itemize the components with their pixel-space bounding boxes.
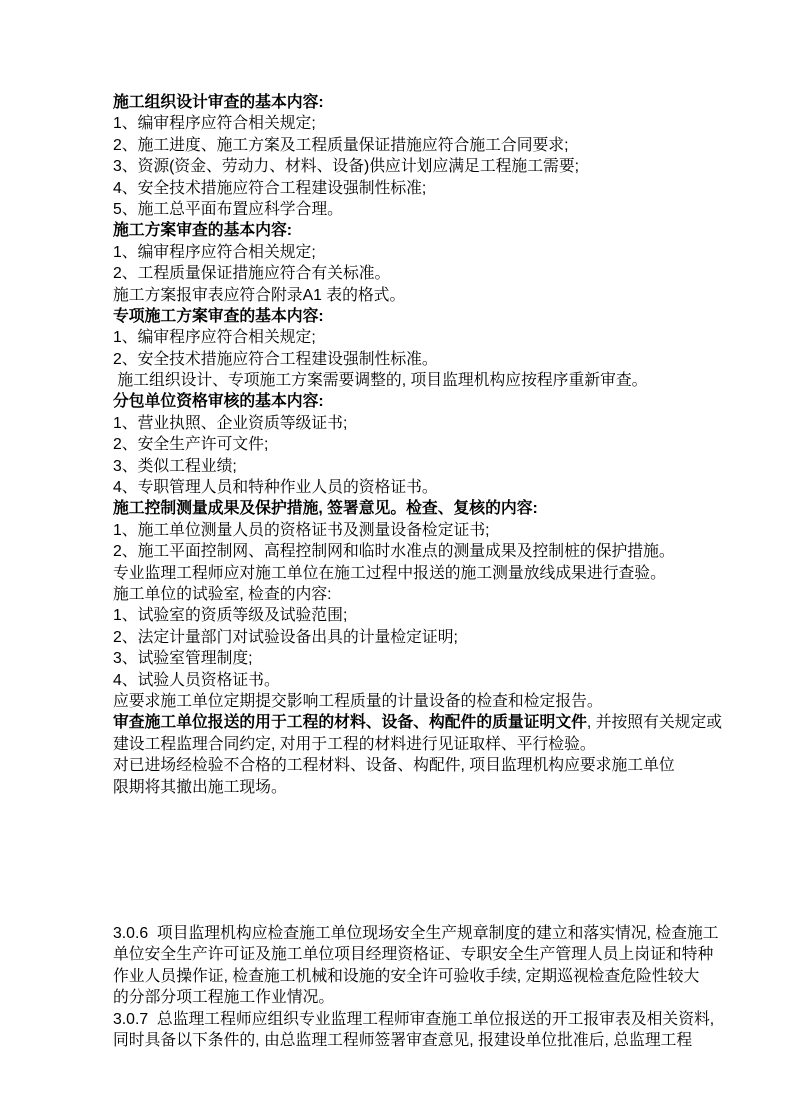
text-segment: 2、工程质量保证措施应符合有关标准。 — [113, 265, 390, 282]
text-line: 2、施工进度、施工方案及工程质量保证措施应符合施工合同要求; — [113, 135, 753, 156]
text-line: 2、安全生产许可文件; — [113, 434, 753, 455]
text-line: 4、安全技术措施应符合工程建设强制性标准; — [113, 178, 753, 199]
text-line: 单位安全生产许可证及施工单位项目经理资格证、专职安全生产管理人员上岗证和特种 — [113, 944, 753, 965]
text-line: 对已进场经检验不合格的工程材料、设备、构配件, 项目监理机构应要求施工单位 — [113, 755, 753, 776]
text-segment: 2、安全技术措施应符合工程建设强制性标准。 — [113, 351, 438, 368]
text-line: 1、编审程序应符合相关规定; — [113, 113, 753, 134]
bold-text-segment: 分包单位资格审核的基本内容: — [113, 393, 324, 410]
text-segment: 建设工程监理合同约定, 对用于工程的材料进行见证取样、平行检验。 — [113, 736, 596, 753]
text-segment: 3、资源(资金、劳动力、材料、设备)供应计划应满足工程施工需要; — [113, 158, 579, 175]
review-requirements-section: 施工组织设计审查的基本内容:1、编审程序应符合相关规定;2、施工进度、施工方案及… — [113, 92, 753, 798]
text-segment: 1、营业执照、企业资质等级证书; — [113, 415, 347, 432]
text-line: 施工组织设计、专项施工方案需要调整的, 项目监理机构应按程序重新审查。 — [113, 370, 753, 391]
text-segment: 的分部分项工程施工作业情况。 — [113, 989, 334, 1006]
text-segment: 1、编审程序应符合相关规定; — [113, 115, 316, 132]
text-segment: 3.0.6 项目监理机构应检查施工单位现场安全生产规章制度的建立和落实情况, 检… — [113, 925, 719, 942]
bold-text-segment: 专项施工方案审查的基本内容: — [113, 308, 324, 325]
text-line: 同时具备以下条件的, 由总监理工程师签署审查意见, 报建设单位批准后, 总监理工… — [113, 1030, 753, 1051]
text-line: 限期将其撤出施工现场。 — [113, 777, 753, 798]
text-segment: 1、编审程序应符合相关规定; — [113, 244, 316, 261]
text-segment: 施工组织设计、专项施工方案需要调整的, 项目监理机构应按程序重新审查。 — [113, 372, 647, 389]
text-segment: 2、安全生产许可文件; — [113, 436, 268, 453]
bold-text-segment: 施工控制测量成果及保护措施, 签署意见。检查、复核的内容: — [113, 500, 538, 517]
text-segment: 1、编审程序应符合相关规定; — [113, 329, 316, 346]
text-line: 2、安全技术措施应符合工程建设强制性标准。 — [113, 349, 753, 370]
bold-text-segment: 施工组织设计审查的基本内容: — [113, 94, 324, 111]
bold-text-segment: 审查施工单位报送的用于工程的材料、设备、构配件的质量证明文件 — [113, 714, 587, 731]
text-line: 2、法定计量部门对试验设备出具的计量检定证明; — [113, 627, 753, 648]
text-segment: 4、专职管理人员和特种作业人员的资格证书。 — [113, 479, 438, 496]
text-line: 专业监理工程师应对施工单位在施工过程中报送的施工测量放线成果进行查验。 — [113, 563, 753, 584]
text-segment: 同时具备以下条件的, 由总监理工程师签署审查意见, 报建设单位批准后, 总监理工… — [113, 1032, 692, 1049]
text-line: 3.0.7 总监理工程师应组织专业监理工程师审查施工单位报送的开工报审表及相关资… — [113, 1009, 753, 1030]
text-line: 作业人员操作证, 检查施工机械和设施的安全许可验收手续, 定期巡视检查危险性较大 — [113, 966, 753, 987]
text-segment: 限期将其撤出施工现场。 — [113, 779, 287, 796]
bold-text-segment: 施工方案审查的基本内容: — [113, 222, 292, 239]
text-line: 2、施工平面控制网、高程控制网和临时水准点的测量成果及控制桩的保护措施。 — [113, 541, 753, 562]
text-line: 3.0.6 项目监理机构应检查施工单位现场安全生产规章制度的建立和落实情况, 检… — [113, 923, 753, 944]
text-line: 审查施工单位报送的用于工程的材料、设备、构配件的质量证明文件, 并按照有关规定或 — [113, 712, 753, 733]
text-segment: 对已进场经检验不合格的工程材料、设备、构配件, 项目监理机构应要求施工单位 — [113, 757, 675, 774]
text-line: 3、试验室管理制度; — [113, 648, 753, 669]
text-line: 1、施工单位测量人员的资格证书及测量设备检定证书; — [113, 520, 753, 541]
text-line: 1、编审程序应符合相关规定; — [113, 242, 753, 263]
text-segment: , 并按照有关规定或 — [587, 714, 722, 731]
text-segment: 专业监理工程师应对施工单位在施工过程中报送的施工测量放线成果进行查验。 — [113, 565, 666, 582]
text-segment: 施工单位的试验室, 检查的内容: — [113, 586, 332, 603]
text-segment: 2、法定计量部门对试验设备出具的计量检定证明; — [113, 629, 458, 646]
text-line: 应要求施工单位定期提交影响工程质量的计量设备的检查和检定报告。 — [113, 691, 753, 712]
text-line: 分包单位资格审核的基本内容: — [113, 391, 753, 412]
text-line: 5、施工总平面布置应科学合理。 — [113, 199, 753, 220]
text-line: 3、类似工程业绩; — [113, 456, 753, 477]
text-line: 1、编审程序应符合相关规定; — [113, 327, 753, 348]
text-line: 4、专职管理人员和特种作业人员的资格证书。 — [113, 477, 753, 498]
text-line: 建设工程监理合同约定, 对用于工程的材料进行见证取样、平行检验。 — [113, 734, 753, 755]
document-page: 施工组织设计审查的基本内容:1、编审程序应符合相关规定;2、施工进度、施工方案及… — [0, 0, 792, 1120]
text-segment: 2、施工平面控制网、高程控制网和临时水准点的测量成果及控制桩的保护措施。 — [113, 543, 675, 560]
text-line: 的分部分项工程施工作业情况。 — [113, 987, 753, 1008]
text-line: 4、试验人员资格证书。 — [113, 670, 753, 691]
text-segment: 单位安全生产许可证及施工单位项目经理资格证、专职安全生产管理人员上岗证和特种 — [113, 946, 713, 963]
text-segment: 应要求施工单位定期提交影响工程质量的计量设备的检查和检定报告。 — [113, 693, 603, 710]
text-line: 施工组织设计审查的基本内容: — [113, 92, 753, 113]
text-segment: 1、试验室的资质等级及试验范围; — [113, 607, 347, 624]
text-line: 施工单位的试验室, 检查的内容: — [113, 584, 753, 605]
text-line: 施工方案报审表应符合附录A1 表的格式。 — [113, 285, 753, 306]
text-segment: 5、施工总平面布置应科学合理。 — [113, 201, 343, 218]
text-segment: 3、类似工程业绩; — [113, 458, 237, 475]
text-segment: 4、试验人员资格证书。 — [113, 672, 280, 689]
text-segment: 4、安全技术措施应符合工程建设强制性标准; — [113, 180, 426, 197]
text-segment: 2、施工进度、施工方案及工程质量保证措施应符合施工合同要求; — [113, 137, 569, 154]
text-line: 3、资源(资金、劳动力、材料、设备)供应计划应满足工程施工需要; — [113, 156, 753, 177]
text-segment: 作业人员操作证, 检查施工机械和设施的安全许可验收手续, 定期巡视检查危险性较大 — [113, 968, 699, 985]
text-segment: 3.0.7 总监理工程师应组织专业监理工程师审查施工单位报送的开工报审表及相关资… — [113, 1011, 714, 1028]
text-segment: 3、试验室管理制度; — [113, 650, 253, 667]
text-segment: 1、施工单位测量人员的资格证书及测量设备检定证书; — [113, 522, 490, 539]
text-segment: 施工方案报审表应符合附录A1 表的格式。 — [113, 287, 405, 304]
text-line: 1、营业执照、企业资质等级证书; — [113, 413, 753, 434]
text-line: 施工控制测量成果及保护措施, 签署意见。检查、复核的内容: — [113, 498, 753, 519]
text-line: 专项施工方案审查的基本内容: — [113, 306, 753, 327]
text-line: 1、试验室的资质等级及试验范围; — [113, 605, 753, 626]
text-line: 施工方案审查的基本内容: — [113, 220, 753, 241]
text-line: 2、工程质量保证措施应符合有关标准。 — [113, 263, 753, 284]
clauses-section: 3.0.6 项目监理机构应检查施工单位现场安全生产规章制度的建立和落实情况, 检… — [113, 923, 753, 1051]
